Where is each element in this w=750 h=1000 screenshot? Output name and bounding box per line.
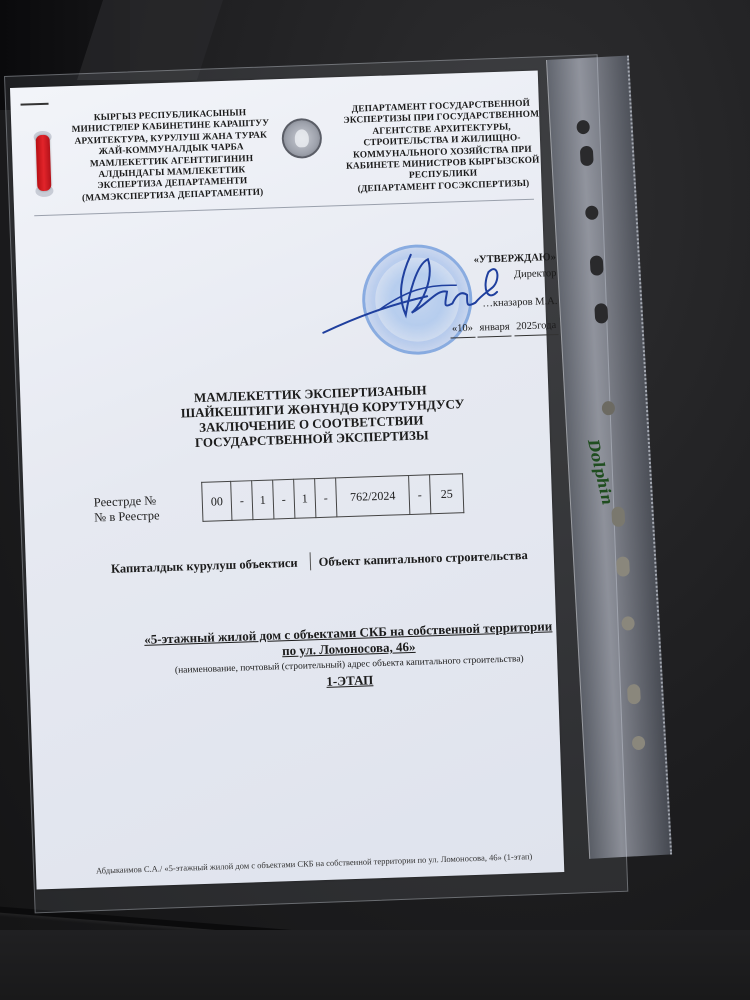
registry-cell: - bbox=[315, 478, 337, 518]
registry-cell: 1 bbox=[294, 479, 316, 519]
object-type-row: Капиталдык курулуш объектисиОбъект капит… bbox=[111, 545, 528, 577]
signature-icon bbox=[315, 232, 509, 348]
object-name-block: «5-этажный жилой дом с объектами СКБ на … bbox=[118, 617, 580, 696]
page-footer: Абдыкаимов С.А./ «5-этажный жилой дом с … bbox=[96, 851, 533, 875]
registry-cell: 762/2024 bbox=[336, 475, 410, 516]
header-right-ru: ДЕПАРТАМЕНТ ГОСУДАРСТВЕННОЙ ЭКСПЕРТИЗЫ П… bbox=[341, 98, 544, 196]
certificate-page: КЫРГЫЗ РЕСПУБЛИКАСЫНЫН МИНИСТРЛЕР КАБИНЕ… bbox=[10, 70, 564, 889]
registry-number-table: 00 - 1 - 1 - 762/2024 - 25 bbox=[201, 473, 464, 522]
registry-cell: - bbox=[273, 479, 295, 519]
registry-cell: - bbox=[231, 481, 253, 521]
registry-cell: - bbox=[409, 475, 431, 515]
document-title: МАМЛЕКЕТТИК ЭКСПЕРТИЗАНЫН ШАЙКЕШТИГИ ЖӨН… bbox=[180, 382, 442, 451]
punch-hole bbox=[632, 736, 646, 751]
punch-hole bbox=[580, 146, 594, 167]
punch-hole bbox=[611, 506, 625, 527]
date-year: 2025года bbox=[514, 318, 559, 336]
punch-hole bbox=[585, 205, 599, 220]
binding-string-icon bbox=[36, 135, 52, 191]
punch-hole bbox=[576, 120, 590, 135]
object-label-ru: Объект капитального строительства bbox=[318, 548, 528, 569]
registry-cell: 00 bbox=[202, 481, 232, 521]
registry-cell: 25 bbox=[430, 474, 464, 514]
punch-hole bbox=[594, 303, 608, 324]
registry-cell: 1 bbox=[252, 480, 274, 520]
page-mark bbox=[21, 103, 49, 106]
header-left-ky: КЫРГЫЗ РЕСПУБЛИКАСЫНЫН МИНИСТРЛЕР КАБИНЕ… bbox=[65, 107, 278, 205]
punch-hole bbox=[627, 684, 641, 705]
punch-hole bbox=[590, 255, 604, 276]
punch-hole bbox=[602, 401, 616, 416]
sleeve-brand-logo: Dolphin bbox=[584, 438, 617, 507]
punch-hole bbox=[621, 616, 635, 631]
state-emblem-icon bbox=[281, 118, 322, 159]
divider bbox=[309, 552, 311, 570]
table-surface bbox=[0, 930, 750, 1000]
registry-label: Реестрде № № в Реестре bbox=[94, 493, 160, 525]
object-label-ky: Капиталдык курулуш объектиси bbox=[111, 556, 298, 576]
punch-hole bbox=[616, 556, 630, 577]
registry-label-ru: № в Реестре bbox=[94, 508, 160, 525]
